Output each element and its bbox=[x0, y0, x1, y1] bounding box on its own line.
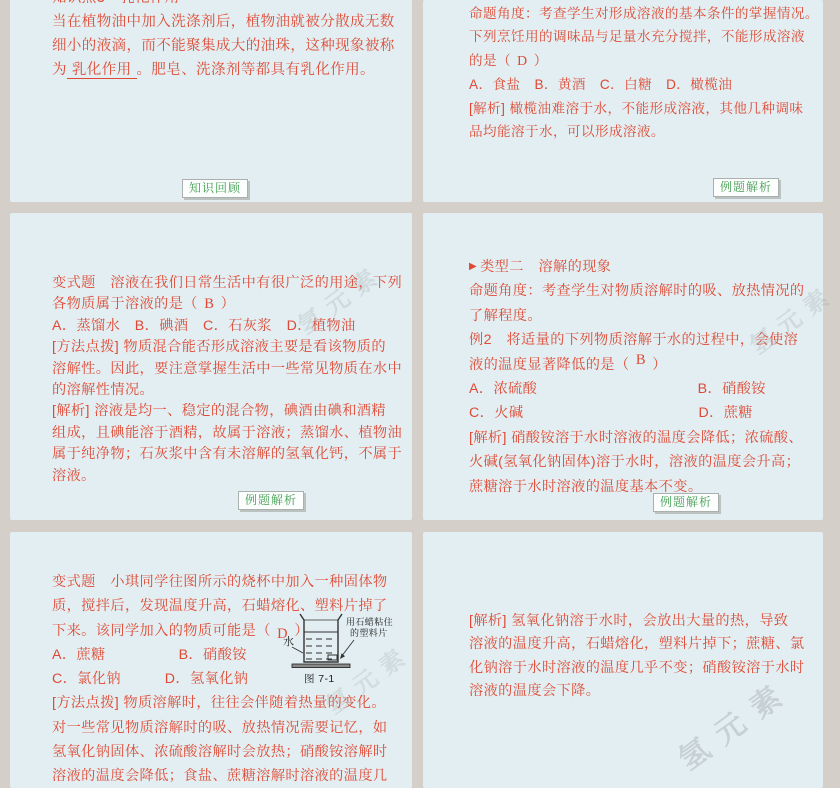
option-line: C．火碱 D．蔗糖 bbox=[469, 401, 813, 425]
text-line: 溶液的温度会下降。 bbox=[469, 680, 813, 703]
panel-example-1: 命题角度：考查学生对形成溶液的基本条件的掌握情况。 下列烹饪用的调味品与足量水充… bbox=[423, 0, 823, 202]
text-line: 下列烹饪用的调味品与足量水充分搅拌，不能形成溶液 bbox=[469, 25, 813, 48]
figure-caption: 图 7-1 bbox=[304, 673, 335, 685]
answer-letter: B bbox=[202, 296, 216, 312]
text-line: 组成，且碘能溶于酒精，故属于溶液；蒸馏水、植物油 bbox=[52, 423, 402, 444]
water-label: 水 bbox=[283, 634, 294, 648]
type-marker-icon: ▶ bbox=[469, 261, 477, 272]
answer-letter: D bbox=[515, 54, 529, 69]
text-line: 各物质属于溶液的是（ B ） bbox=[52, 294, 402, 315]
text-line: 属于纯净物；石灰浆中含有未溶解的氢氧化钙，不属于 bbox=[52, 444, 402, 465]
panel-variant-2: 变式题 小琪同学往图所示的烧杯中加入一种固体物 质，搅拌后，发现温度升高，石蜡熔… bbox=[10, 532, 412, 788]
text-segment: ） bbox=[648, 357, 667, 373]
text-line: 了解程度。 bbox=[469, 304, 813, 328]
text-line: 火碱(氢氧化钠固体)溶于水时，溶液的温度会升高； bbox=[469, 450, 813, 474]
water-pointer bbox=[292, 647, 303, 653]
option-line: A．食盐 B．黄酒 C．白糖 D．橄榄油 bbox=[469, 73, 813, 96]
text-line: [解析] 橄榄油难溶于水，不能形成溶液，其他几种调味 bbox=[469, 97, 813, 120]
slide-sheet-preview: 知识点3 乳化作用 当在植物油中加入洗涤剂后，植物油就被分散成无数 细小的液滴，… bbox=[0, 0, 840, 788]
text-line: 溶解性。因此，要注意掌握生活中一些常见物质在水中 bbox=[52, 359, 402, 380]
text-line: 细小的液滴，而不能聚集成大的油珠，这种现象被称 bbox=[52, 34, 400, 58]
badge-example-analysis: 例题解析 bbox=[713, 178, 779, 197]
text-line: 品均能溶于水，可以形成溶液。 bbox=[469, 120, 813, 143]
text-line: 对一些常见物质溶解时的吸、放热情况需要记忆，如 bbox=[52, 716, 402, 740]
option-line: A．浓硫酸 B．硝酸铵 bbox=[469, 377, 813, 401]
text-line: 化钠溶于水时溶液的温度几乎不变；硝酸铵溶于水时 bbox=[469, 657, 813, 680]
text-line: 的是（ D ） bbox=[469, 49, 813, 73]
badge-knowledge-review: 知识回顾 bbox=[182, 179, 248, 198]
text-line: 变式题 溶液在我们日常生活中有很广泛的用途，下列 bbox=[52, 273, 402, 294]
option-line: A．蒸馏水 B．碘酒 C．石灰浆 D．植物油 bbox=[52, 316, 402, 337]
text-line: 溶液的温度升高，石蜡熔化，塑料片掉下；蔗糖、氯 bbox=[469, 633, 813, 656]
plastic-label-line1: 用石蜡粘住 bbox=[346, 616, 393, 627]
panel-variant-1: 变式题 溶液在我们日常生活中有很广泛的用途，下列 各物质属于溶液的是（ B ） … bbox=[10, 213, 412, 520]
text-line: [解析] 氢氧化钠溶于水时，会放出大量的热，导致 bbox=[469, 610, 813, 633]
text-segment: 的是（ bbox=[469, 53, 515, 68]
panel-knowledge-review: 知识点3 乳化作用 当在植物油中加入洗涤剂后，植物油就被分散成无数 细小的液滴，… bbox=[10, 0, 412, 202]
text-line: 溶液。 bbox=[52, 466, 402, 487]
water-dashes bbox=[306, 639, 336, 659]
text-line: 当在植物油中加入洗涤剂后，植物油就被分散成无数 bbox=[52, 10, 400, 34]
text-line: 的溶解性情况。 bbox=[52, 380, 402, 401]
text-line: 例2 将适量的下列物质溶解于水的过程中，会使溶 bbox=[469, 328, 813, 352]
text-line: 氢氧化钠固体、浓硫酸溶解时会放热；硝酸铵溶解时 bbox=[52, 740, 402, 764]
text-line: [解析] 溶液是均一、稳定的混合物，碘酒由碘和酒精 bbox=[52, 401, 402, 422]
badge-example-analysis: 例题解析 bbox=[653, 493, 719, 512]
panel-type-2: ▶类型二 溶解的现象 命题角度：考查学生对物质溶解时的吸、放热情况的 了解程度。… bbox=[423, 213, 823, 520]
text-segment: 液的温度显著降低的是（ bbox=[469, 357, 634, 373]
text-line: 变式题 小琪同学往图所示的烧杯中加入一种固体物 bbox=[52, 570, 402, 594]
text-line: 液的温度显著降低的是（ B ） bbox=[469, 353, 813, 377]
panel-analysis: [解析] 氢氧化钠溶于水时，会放出大量的热，导致 溶液的温度升高，石蜡熔化，塑料… bbox=[423, 532, 823, 788]
text-line: 为乳化作用。肥皂、洗涤剂等都具有乳化作用。 bbox=[52, 58, 400, 82]
plastic-pointer-arrowhead bbox=[340, 653, 345, 659]
text-line: 命题角度：考查学生对物质溶解时的吸、放热情况的 bbox=[469, 279, 813, 303]
section-heading: ▶类型二 溶解的现象 bbox=[469, 255, 813, 279]
text-segment: 下来。该同学加入的物质可能是（ bbox=[52, 623, 275, 639]
text-line: 溶液的温度会降低；食盐、蔗糖溶解时溶液的温度几 bbox=[52, 764, 402, 788]
text-segment: 类型二 溶解的现象 bbox=[480, 259, 611, 275]
text-segment: 为 bbox=[52, 62, 67, 78]
text-line: [方法点拨] 物质溶解时，往往会伴随着热量的变化。 bbox=[52, 691, 402, 715]
beaker-diagram: 水 用石蜡粘住 的塑料片 图 7-1 bbox=[282, 610, 412, 690]
plastic-label-line2: 的塑料片 bbox=[350, 627, 388, 638]
text-line: 蔗糖溶于水时溶液的温度基本不变。 bbox=[469, 475, 813, 499]
text-line: [解析] 硝酸铵溶于水时溶液的温度会降低；浓硫酸、 bbox=[469, 426, 813, 450]
text-line: 命题角度：考查学生对形成溶液的基本条件的掌握情况。 bbox=[469, 2, 813, 25]
text-line: 知识点3 乳化作用 bbox=[52, 0, 400, 10]
beaker-figure: 水 用石蜡粘住 的塑料片 图 7-1 bbox=[282, 610, 412, 690]
text-segment: 。肥皂、洗涤剂等都具有乳化作用。 bbox=[137, 62, 375, 78]
text-segment: ） bbox=[530, 53, 548, 68]
stand bbox=[292, 664, 350, 668]
text-segment: ） bbox=[216, 296, 235, 312]
text-segment: 各物质属于溶液的是（ bbox=[52, 296, 202, 312]
badge-example-analysis: 例题解析 bbox=[238, 491, 304, 510]
answer-letter: B bbox=[634, 352, 648, 368]
text-line: [方法点拨] 物质混合能否形成溶液主要是看该物质的 bbox=[52, 337, 402, 358]
fill-blank: 乳化作用 bbox=[67, 62, 137, 79]
